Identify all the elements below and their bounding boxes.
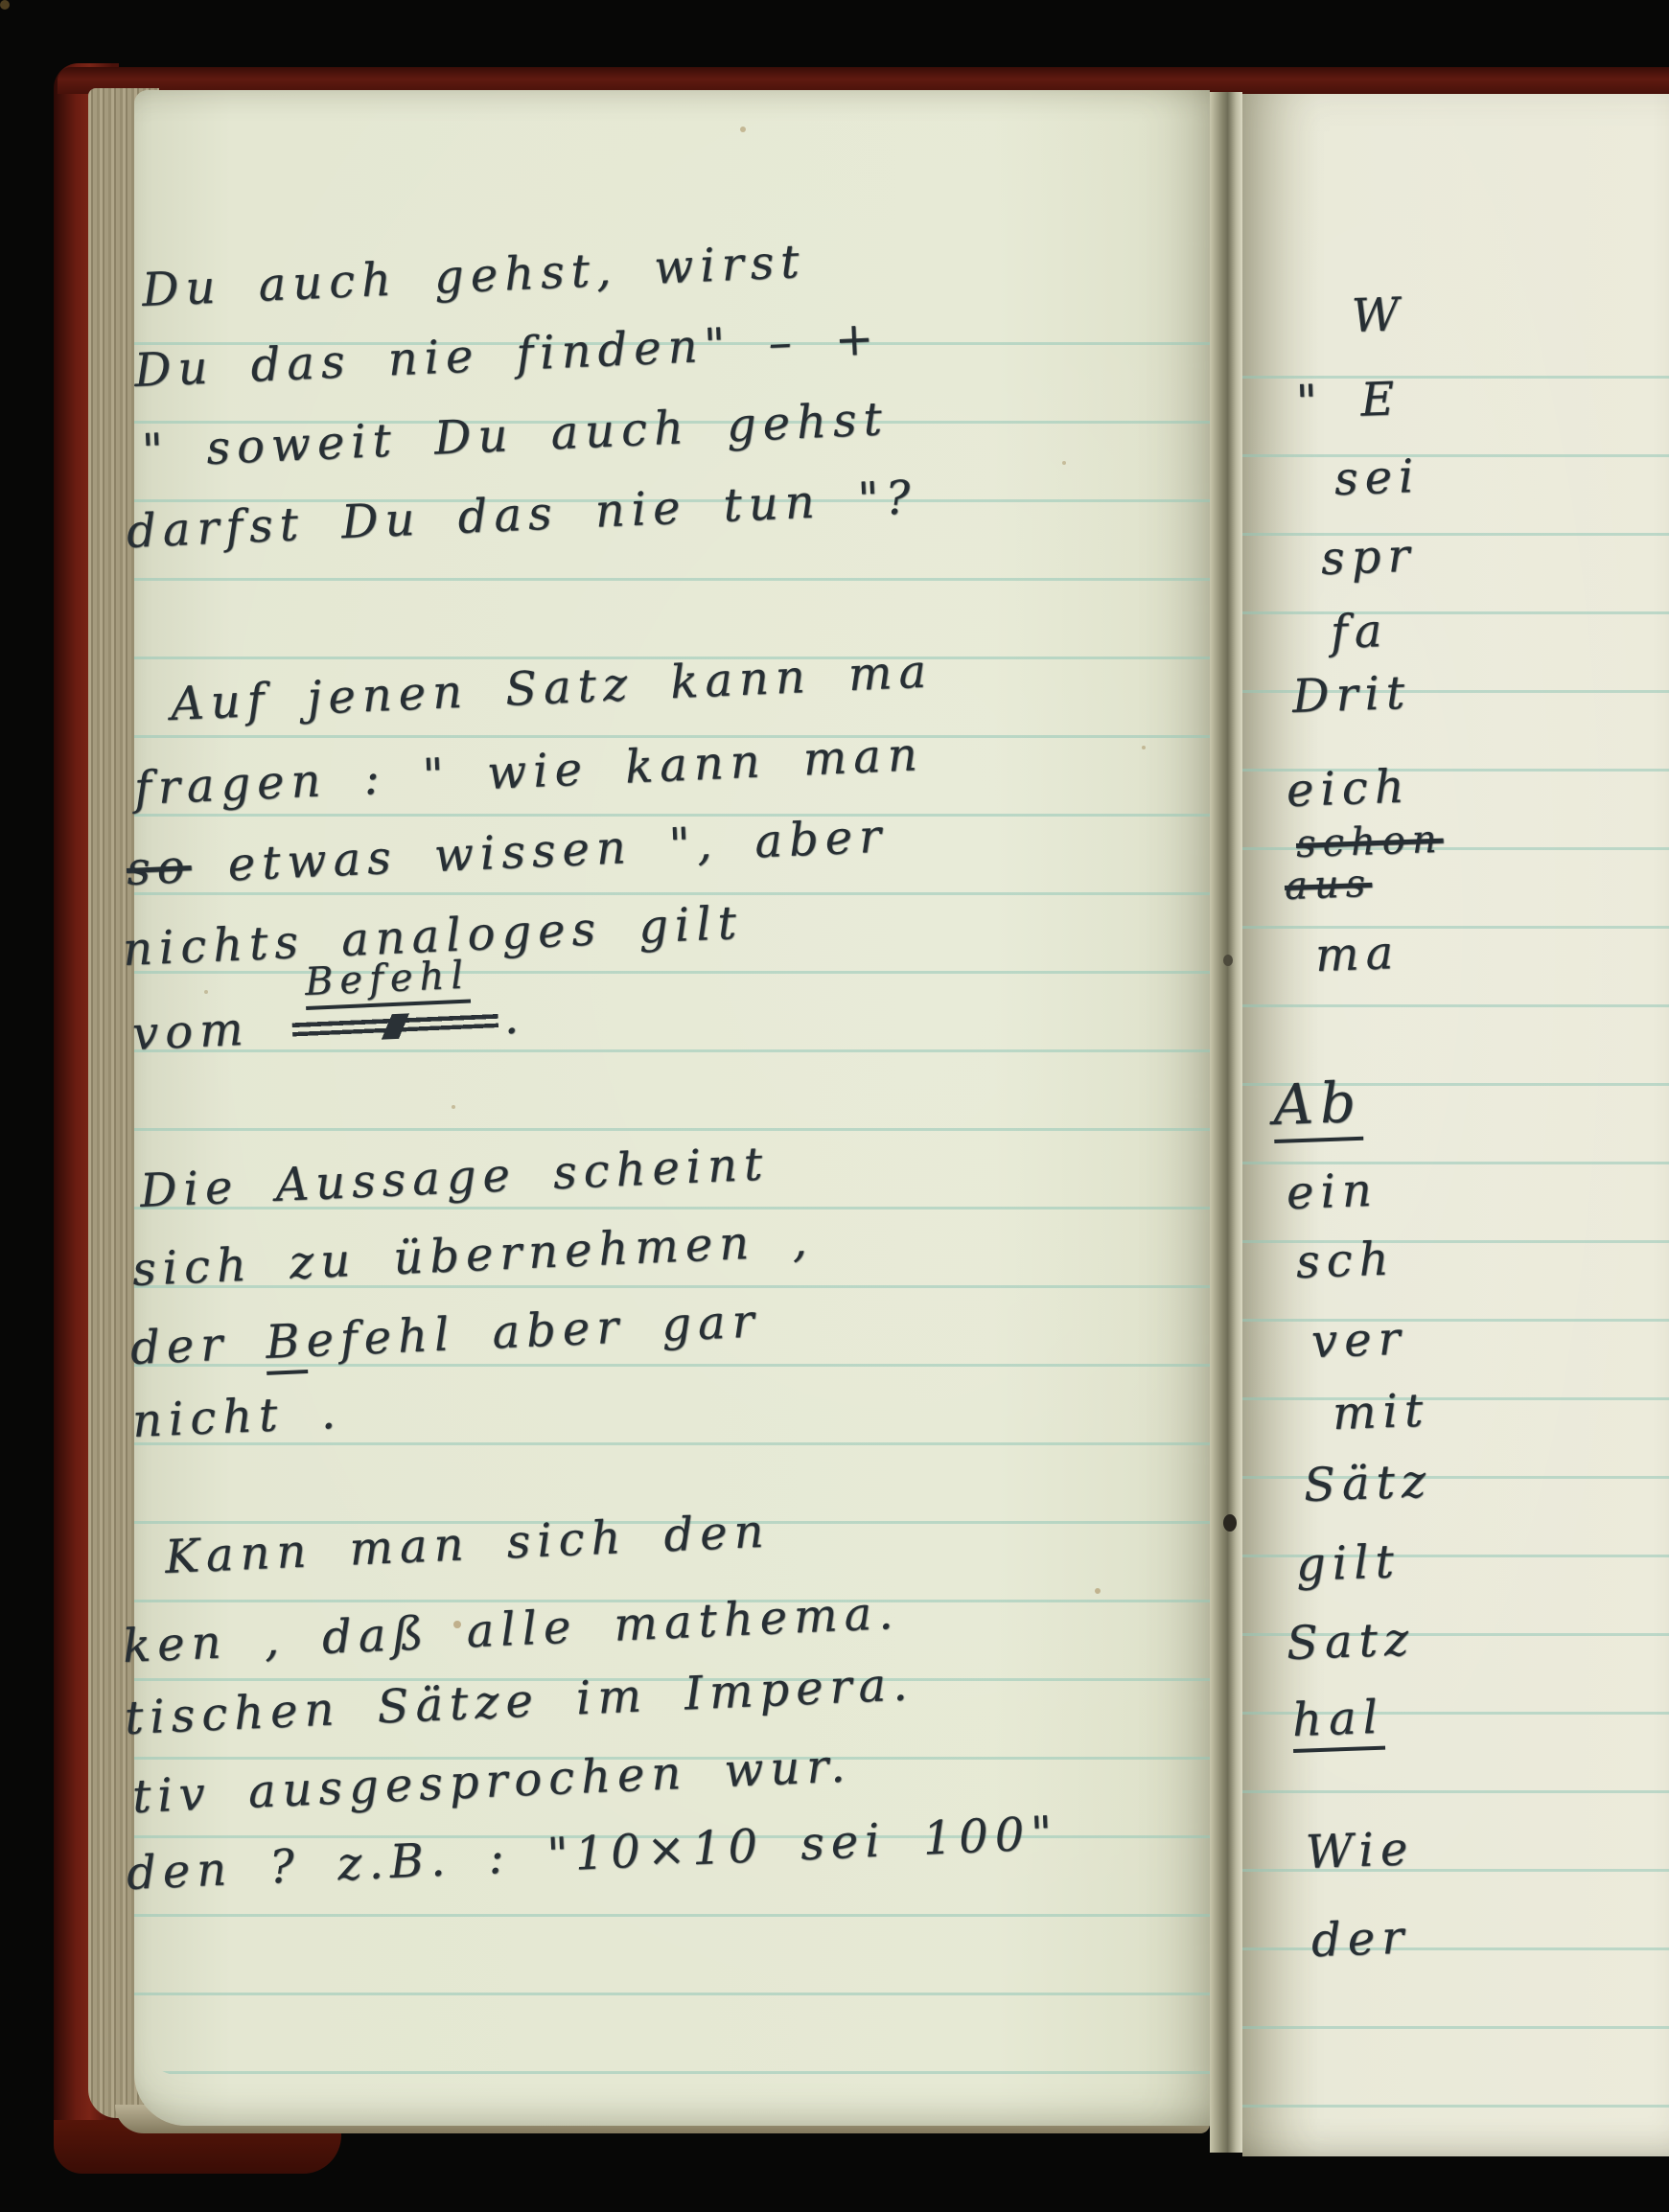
handwriting-fragment: aus bbox=[1284, 860, 1373, 910]
handwriting-fragment: gilt bbox=[1295, 1528, 1402, 1599]
underlined-letter: B bbox=[265, 1314, 308, 1375]
notebook-photo: Du auch gehst, wirst Du das nie finden" … bbox=[0, 0, 1669, 2212]
handwriting-fragment: Ab bbox=[1272, 1069, 1363, 1139]
handwriting-fragment: mit bbox=[1332, 1376, 1431, 1446]
handwriting-fragment: W bbox=[1351, 281, 1407, 350]
gutter-notch bbox=[1223, 1514, 1237, 1532]
paper-speckles bbox=[0, 0, 10, 10]
handwriting-fragment: ma bbox=[1314, 919, 1402, 989]
crossed-out-word bbox=[291, 1009, 498, 1043]
handwriting-fragment: der bbox=[1310, 1903, 1411, 1974]
handwriting-fragment: ver bbox=[1310, 1305, 1408, 1375]
handwriting-fragment: hal bbox=[1291, 1684, 1385, 1754]
handwriting-fragment: " E bbox=[1295, 365, 1402, 436]
handwriting-line: nicht . bbox=[130, 1378, 343, 1454]
handwriting-fragment: sch bbox=[1295, 1225, 1397, 1296]
gutter-notch bbox=[1223, 955, 1233, 966]
handwriting-fragment: Satz bbox=[1286, 1605, 1416, 1677]
handwriting-fragment: Sätz bbox=[1303, 1447, 1433, 1519]
handwriting-fragment: fa bbox=[1330, 597, 1390, 666]
handwriting-fragment: spr bbox=[1320, 522, 1418, 592]
struck-word: so bbox=[126, 840, 193, 896]
handwriting-fragment: ein bbox=[1286, 1157, 1379, 1227]
handwriting-fragment: Wie bbox=[1305, 1815, 1416, 1886]
handwriting-fragment: sei bbox=[1333, 443, 1422, 513]
handwriting-fragment: eich bbox=[1286, 752, 1412, 823]
binding-gutter bbox=[1210, 92, 1242, 2153]
handwriting-fragment: Drit bbox=[1291, 659, 1412, 730]
